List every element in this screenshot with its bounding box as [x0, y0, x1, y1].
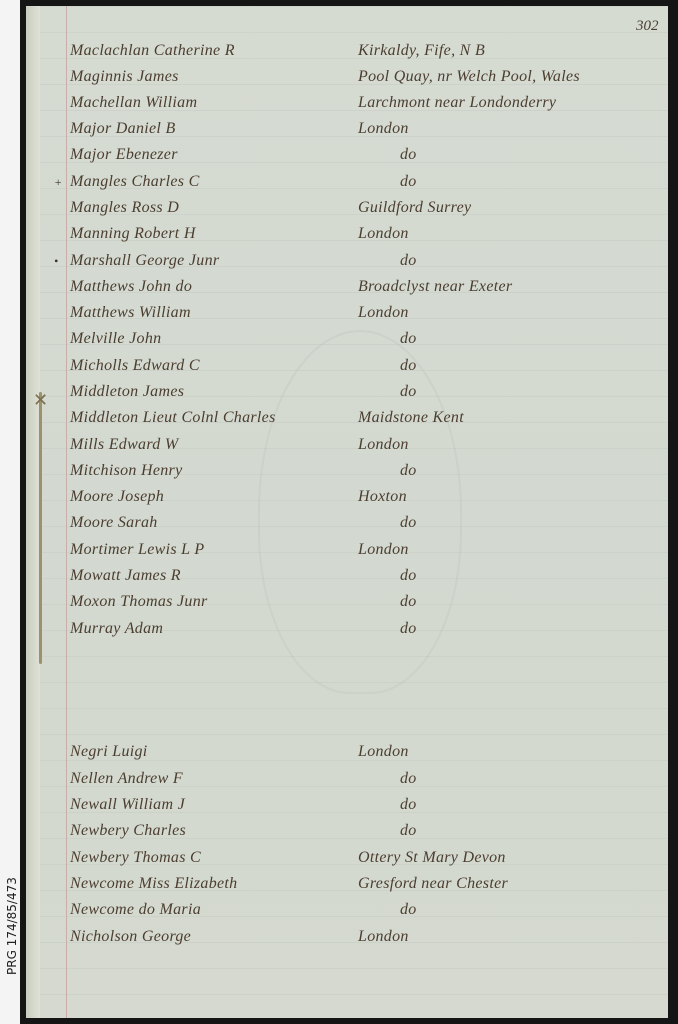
entry-place: London: [358, 743, 409, 761]
entry-name: Machellan William: [70, 94, 197, 112]
ledger-entry: Marshall George Junrdo•: [70, 252, 650, 276]
ledger-entry: Mortimer Lewis L PLondon: [70, 541, 650, 565]
ledger-entry: Maclachlan Catherine RKirkaldy, Fife, N …: [70, 42, 650, 66]
ledger-entry: Newbery Thomas COttery St Mary Devon: [70, 849, 650, 873]
entry-name: Newbery Thomas C: [70, 849, 201, 867]
ledger-entry: Middleton Lieut Colnl CharlesMaidstone K…: [70, 409, 650, 433]
entry-place: Pool Quay, nr Welch Pool, Wales: [358, 68, 580, 86]
ledger-entry: Melville Johndo: [70, 330, 650, 354]
entry-place: Larchmont near Londonderry: [358, 94, 556, 112]
entry-place: do: [400, 357, 417, 375]
entry-name: Manning Robert H: [70, 225, 196, 243]
ledger-entry: Major Ebenezerdo: [70, 146, 650, 170]
ledger-entry: Machellan WilliamLarchmont near Londonde…: [70, 94, 650, 118]
ledger-entry: Newall William Jdo: [70, 796, 650, 820]
entry-place: do: [400, 330, 417, 348]
ledger-entry: Major Daniel BLondon: [70, 120, 650, 144]
entry-place: London: [358, 436, 409, 454]
entry-name: Murray Adam: [70, 620, 163, 638]
entry-place: do: [400, 822, 417, 840]
ledger-entry: Newbery Charlesdo: [70, 822, 650, 846]
ledger-entry: Manning Robert HLondon: [70, 225, 650, 249]
binding-edge: [26, 6, 40, 1018]
entry-name: Middleton James: [70, 383, 184, 401]
ledger-entry: Mowatt James Rdo: [70, 567, 650, 591]
entry-place: do: [400, 796, 417, 814]
entry-name: Moxon Thomas Junr: [70, 593, 208, 611]
entry-place: do: [400, 146, 417, 164]
entry-name: Maginnis James: [70, 68, 179, 86]
archive-reference: PRG 174/85/473: [5, 935, 19, 975]
entry-place: do: [400, 462, 417, 480]
entry-place: do: [400, 901, 417, 919]
entry-name: Mowatt James R: [70, 567, 181, 585]
entry-place: Gresford near Chester: [358, 875, 508, 893]
entry-name: Nicholson George: [70, 928, 191, 946]
entry-name: Negri Luigi: [70, 743, 148, 761]
entry-name: Marshall George Junr: [70, 252, 219, 270]
entry-name: Matthews William: [70, 304, 191, 322]
entry-name: Newcome Miss Elizabeth: [70, 875, 237, 893]
ledger-entry: Mangles Charles Cdo+: [70, 173, 650, 197]
entry-place: Hoxton: [358, 488, 407, 506]
margin-mark-icon: +: [54, 175, 62, 190]
ledger-entry: Newcome do Mariado: [70, 901, 650, 925]
ledger-entry: Nicholson GeorgeLondon: [70, 928, 650, 952]
entry-name: Moore Joseph: [70, 488, 164, 506]
ledger-entry: Negri LuigiLondon: [70, 743, 650, 767]
binding-string: [39, 392, 42, 664]
entry-name: Matthews John do: [70, 278, 192, 296]
ledger-entry: Mangles Ross DGuildford Surrey: [70, 199, 650, 223]
entry-place: do: [400, 383, 417, 401]
ledger-entry: Matthews WilliamLondon: [70, 304, 650, 328]
entry-place: do: [400, 620, 417, 638]
entry-place: do: [400, 567, 417, 585]
entry-place: do: [400, 514, 417, 532]
ledger-entry: Moore Sarahdo: [70, 514, 650, 538]
margin-mark-icon: •: [54, 254, 59, 269]
entry-name: Major Daniel B: [70, 120, 176, 138]
entry-place: do: [400, 252, 417, 270]
entry-place: Guildford Surrey: [358, 199, 471, 217]
entry-name: Moore Sarah: [70, 514, 158, 532]
entry-place: Maidstone Kent: [358, 409, 464, 427]
entry-name: Newcome do Maria: [70, 901, 201, 919]
entry-name: Mortimer Lewis L P: [70, 541, 204, 559]
entry-place: London: [358, 304, 409, 322]
entry-place: London: [358, 225, 409, 243]
entry-name: Micholls Edward C: [70, 357, 200, 375]
entry-name: Middleton Lieut Colnl Charles: [70, 409, 276, 427]
entry-name: Nellen Andrew F: [70, 770, 183, 788]
entry-name: Mangles Ross D: [70, 199, 179, 217]
entry-name: Mitchison Henry: [70, 462, 182, 480]
entry-name: Melville John: [70, 330, 161, 348]
entry-place: Broadclyst near Exeter: [358, 278, 512, 296]
ledger-entry: Micholls Edward Cdo: [70, 357, 650, 381]
margin-rule: [66, 6, 67, 1018]
entry-place: do: [400, 593, 417, 611]
entry-place: London: [358, 928, 409, 946]
folio-number: 302: [636, 18, 659, 35]
entry-name: Newbery Charles: [70, 822, 186, 840]
ledger-entry: Newcome Miss ElizabethGresford near Ches…: [70, 875, 650, 899]
entry-name: Newall William J: [70, 796, 185, 814]
entry-name: Major Ebenezer: [70, 146, 178, 164]
entry-name: Maclachlan Catherine R: [70, 42, 235, 60]
entry-name: Mills Edward W: [70, 436, 179, 454]
entry-name: Mangles Charles C: [70, 173, 200, 191]
ledger-entry: Maginnis JamesPool Quay, nr Welch Pool, …: [70, 68, 650, 92]
ledger-entry: Moxon Thomas Junrdo: [70, 593, 650, 617]
entry-place: London: [358, 541, 409, 559]
ledger-entry: Nellen Andrew Fdo: [70, 770, 650, 794]
ledger-entry: Mitchison Henrydo: [70, 462, 650, 486]
ledger-entry: Matthews John doBroadclyst near Exeter: [70, 278, 650, 302]
entry-place: Kirkaldy, Fife, N B: [358, 42, 485, 60]
entry-place: do: [400, 770, 417, 788]
entry-place: do: [400, 173, 417, 191]
entry-place: Ottery St Mary Devon: [358, 849, 506, 867]
ledger-entry: Mills Edward WLondon: [70, 436, 650, 460]
entry-place: London: [358, 120, 409, 138]
ledger-entry: Middleton Jamesdo: [70, 383, 650, 407]
ledger-entry: Moore JosephHoxton: [70, 488, 650, 512]
ledger-entry: Murray Adamdo: [70, 620, 650, 644]
string-knot-icon: ✕: [33, 390, 48, 411]
